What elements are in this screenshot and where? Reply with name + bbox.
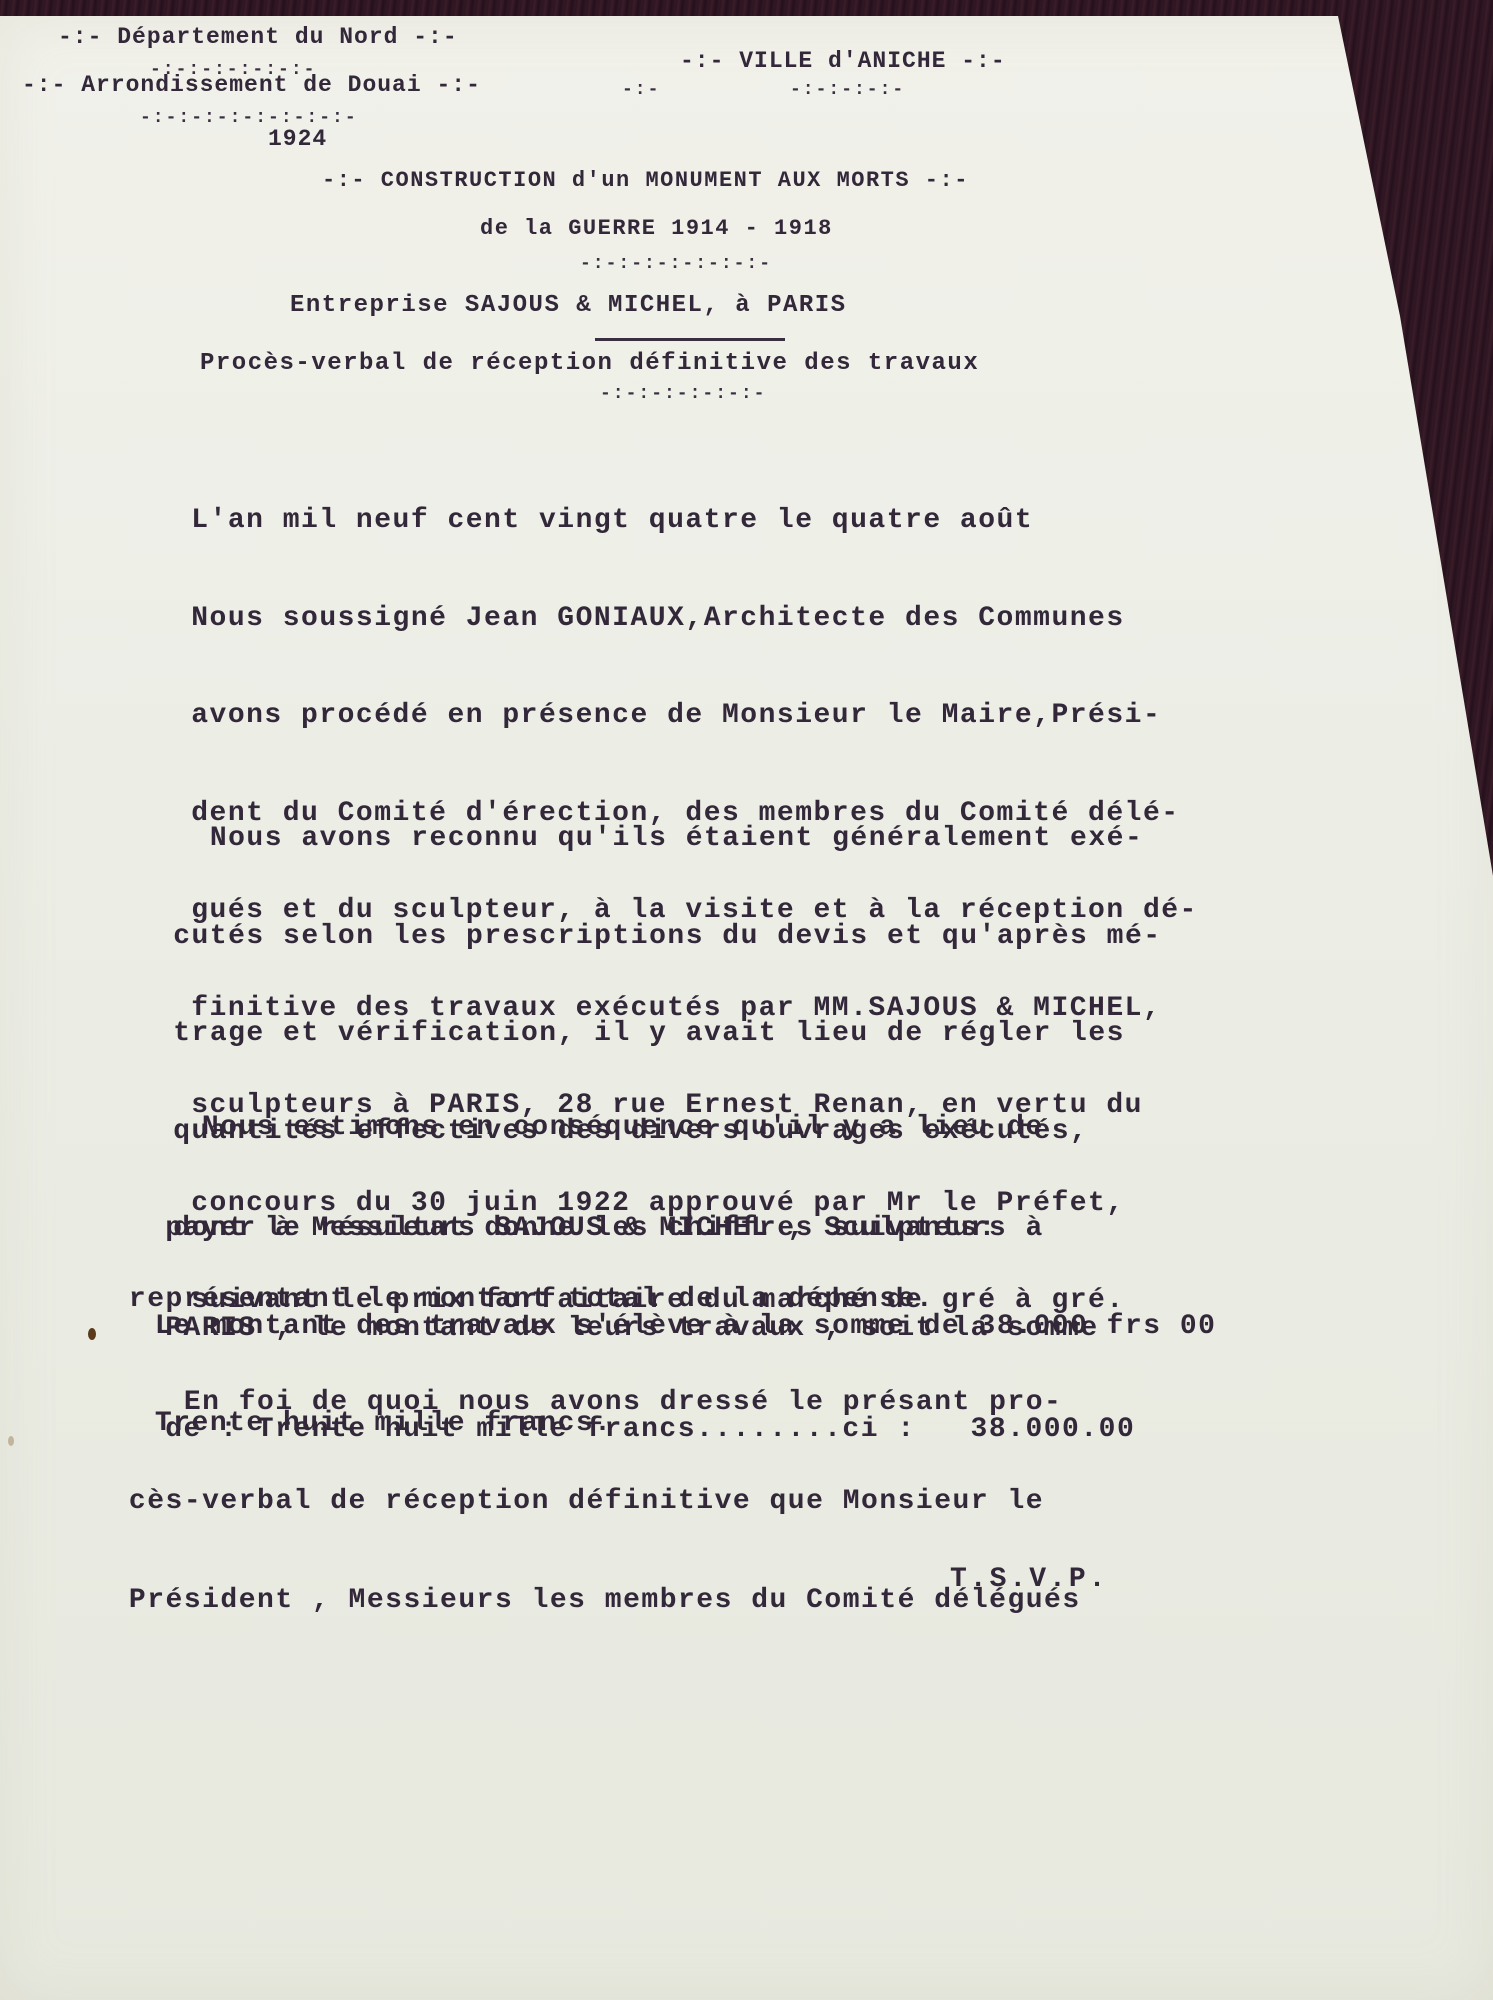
header-ornament: -:-:-:-:- — [790, 80, 905, 100]
paper-stain — [8, 1436, 14, 1446]
year-label: 1924 — [268, 126, 327, 152]
arrondissement-line: -:- Arrondissement de Douai -:- — [22, 72, 481, 98]
text-line: représentant le montant total de la dépe… — [74, 1284, 934, 1315]
text-line: avons procédé en présence de Monsieur le… — [118, 700, 1198, 733]
text-line: L'an mil neuf cent vingt quatre le quatr… — [118, 505, 1198, 538]
subject-line: Procès-verbal de réception définitive de… — [200, 350, 979, 377]
title-line-1: -:- CONSTRUCTION d'un MONUMENT AUX MORTS… — [322, 168, 969, 193]
document-page: -:- Département du Nord -:- -:-:-:-:-:-:… — [0, 16, 1493, 2000]
title-ornament: -:-:-:-:-:-:-:- — [580, 254, 772, 274]
text-line: Nous soussigné Jean GONIAUX,Architecte d… — [118, 603, 1198, 636]
text-line: Nous estimons en conséquence qu'il y a l… — [92, 1111, 1135, 1145]
company-line: Entreprise SAJOUS & MICHEL, à PARIS — [290, 292, 847, 319]
text-line: cutés selon les prescriptions du devis e… — [100, 921, 1216, 954]
town-line: -:- VILLE d'ANICHE -:- — [680, 48, 1006, 74]
title-line-2: de la GUERRE 1914 - 1918 — [480, 216, 833, 241]
header-ornament: -:-:-:-:-:-:-:-:- — [140, 108, 358, 128]
text-line: Nous avons reconnu qu'ils étaient généra… — [100, 823, 1216, 856]
text-line: cès-verbal de réception définitive que M… — [74, 1485, 1081, 1518]
title-underline — [595, 338, 785, 341]
tsvp-label: T.S.V.P. — [950, 1564, 1108, 1595]
ink-stain — [88, 1328, 96, 1340]
text-line: En foi de quoi nous avons dressé le prés… — [74, 1386, 1081, 1419]
header-ornament: -:- — [622, 80, 660, 100]
subject-ornament: -:-:-:-:-:-:- — [600, 384, 766, 404]
department-line: -:- Département du Nord -:- — [58, 24, 458, 50]
text-line: Président , Messieurs les membres du Com… — [74, 1584, 1081, 1617]
paragraph-5: En foi de quoi nous avons dressé le prés… — [74, 1320, 1081, 1683]
